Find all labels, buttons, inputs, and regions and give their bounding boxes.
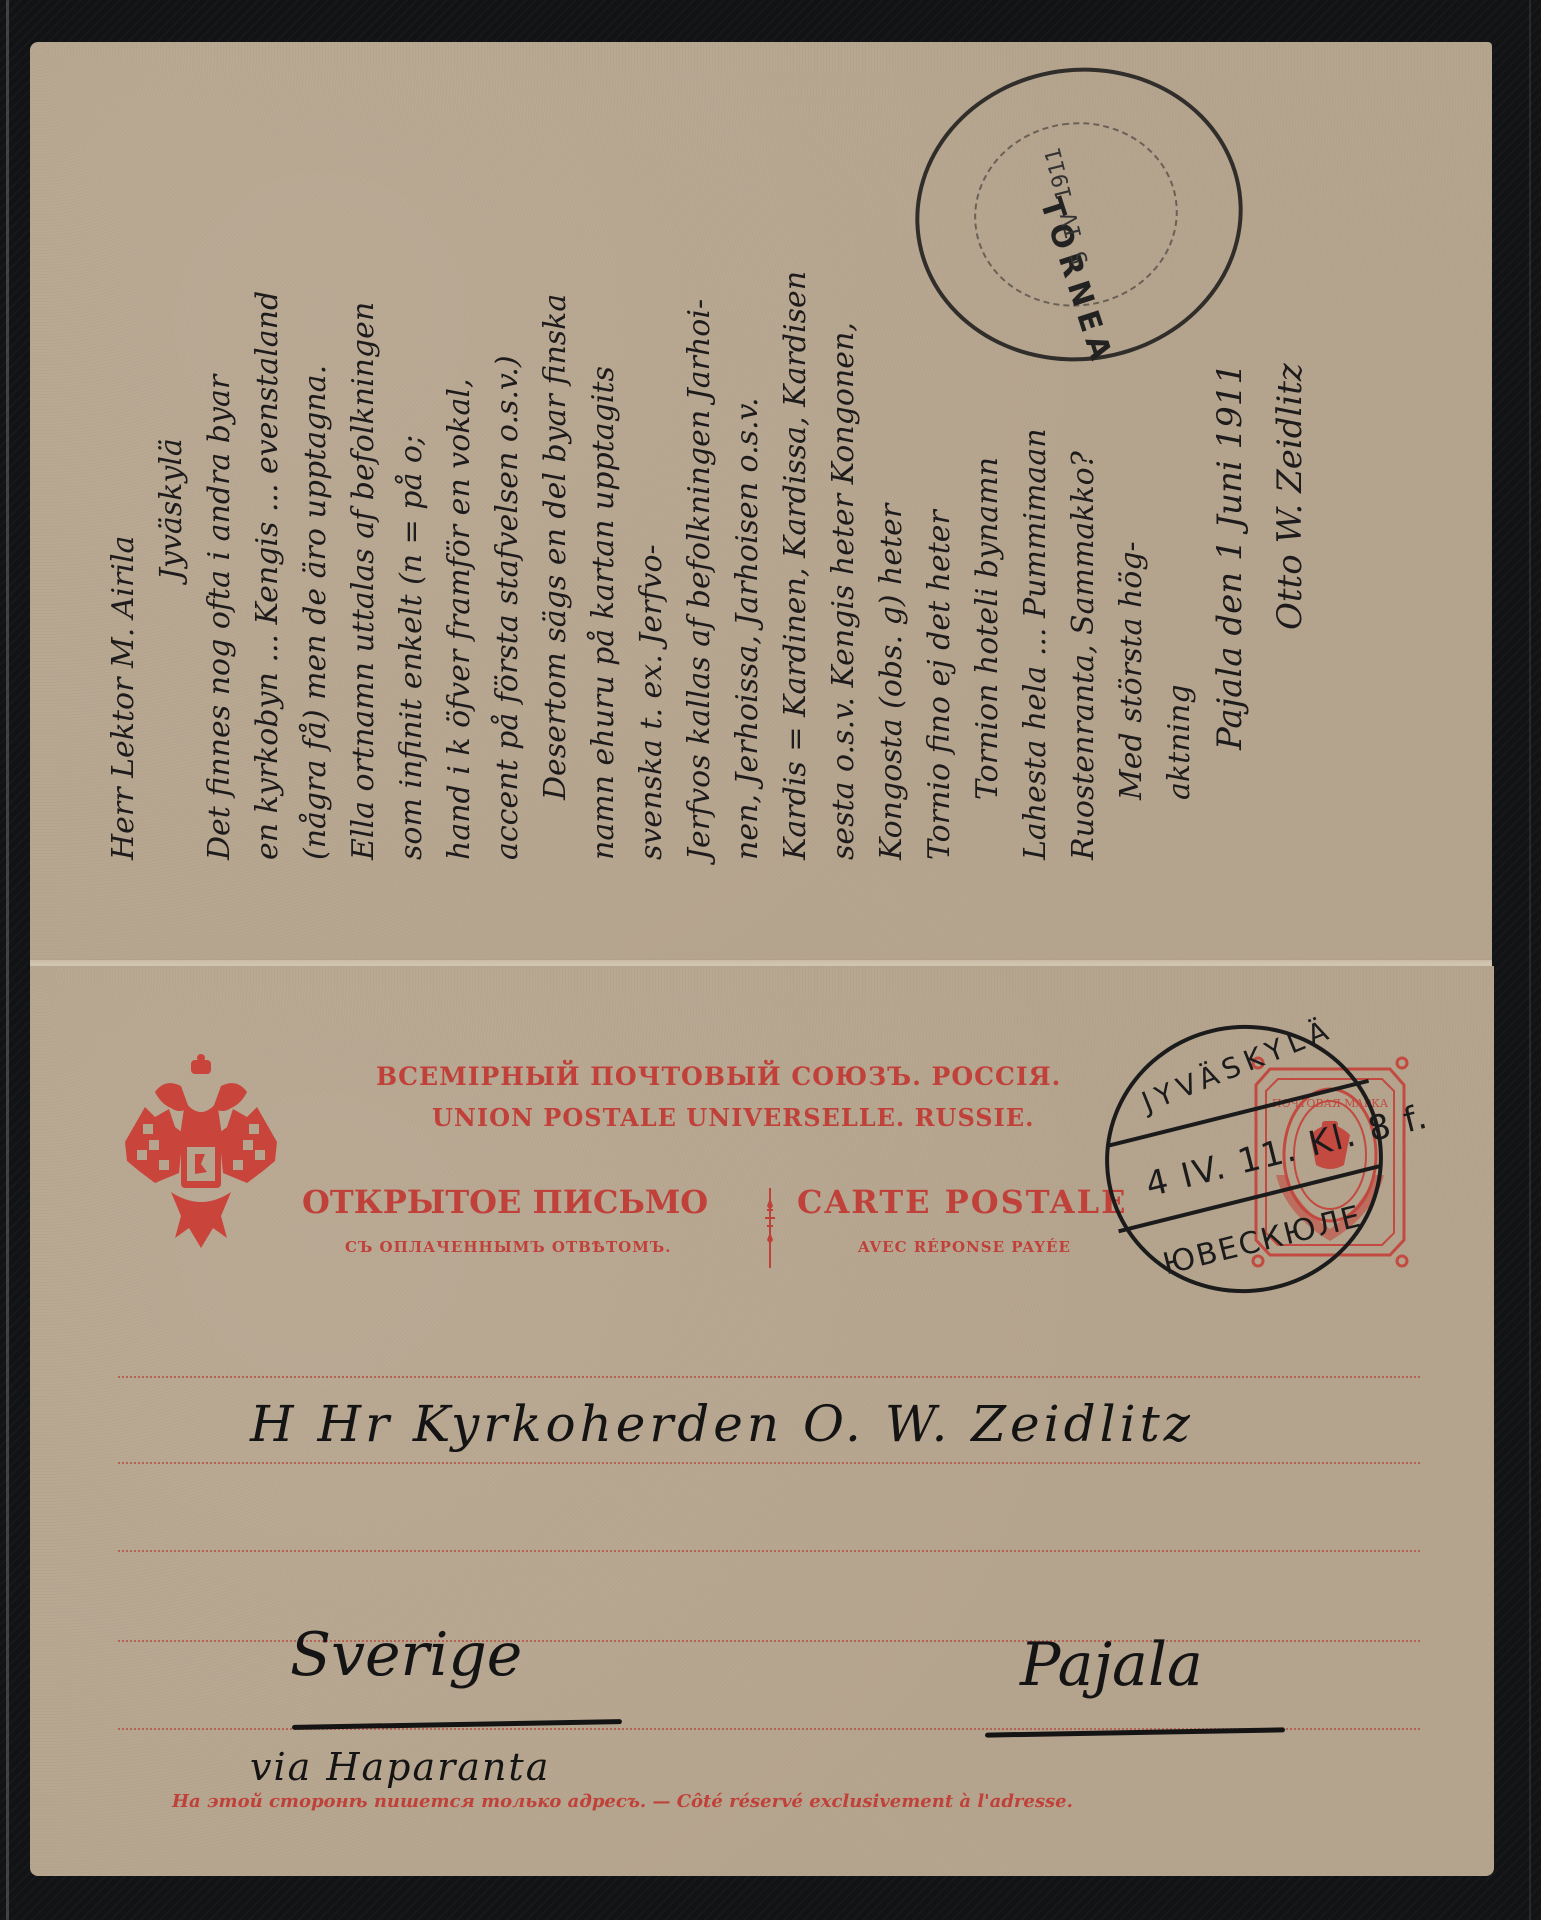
- message-line: Desertom sägs en del byar finska: [532, 80, 580, 860]
- ornamental-divider-icon: [763, 1188, 777, 1268]
- message-place: Jyväskylä: [148, 80, 196, 860]
- subtitle-russian: СЪ ОПЛАЧЕННЫМЪ ОТВѢТОМЪ.: [345, 1238, 671, 1256]
- address-line: [118, 1376, 1420, 1378]
- routing-note: via Haparanta: [250, 1745, 550, 1789]
- message-salutation: Herr Lektor M. Airila: [100, 80, 148, 860]
- double-headed-eagle-icon: [115, 1052, 287, 1250]
- recipient-name: H Hr Kyrkoherden O. W. Zeidlitz: [250, 1395, 1194, 1453]
- message-line: en kyrkobyn ... Kengis ... evenstaland: [244, 80, 292, 860]
- message-line: nen, Jerhoissa, Jarhoisen o.s.v.: [724, 80, 772, 860]
- subtitle-french: AVEC RÉPONSE PAYÉE: [858, 1238, 1071, 1256]
- address-line: [118, 1550, 1420, 1552]
- album-sleeve-edge: [6, 0, 9, 1920]
- message-line: (några få) men de äro upptagna.: [292, 80, 340, 860]
- recipient-city: Pajala: [1020, 1630, 1203, 1700]
- footer-notice: На этой сторонѣ пишется только адресъ. —…: [172, 1791, 1073, 1812]
- message-line: som infinit enkelt (n = på o;: [388, 80, 436, 860]
- message-line: Ella ortnamn uttalas af befolkningen: [340, 80, 388, 860]
- message-line: hand i k öfver framför en vokal,: [436, 80, 484, 860]
- signature: Otto W. Zeidlitz: [1260, 100, 1320, 750]
- message-line: Jerfvos kallas af befolkningen Jarhoi-: [676, 80, 724, 860]
- message-line: Kardis = Kardinen, Kardissa, Kardisen: [772, 80, 820, 860]
- header-french: UNION POSTALE UNIVERSELLE. RUSSIE.: [432, 1103, 1035, 1132]
- message-line: accent på första stafvelsen o.s.v.): [484, 80, 532, 860]
- header-russian: ВСЕМІРНЫЙ ПОЧТОВЫЙ СОЮЗЪ. РОССІЯ.: [376, 1062, 1061, 1091]
- title-russian: ОТКРЫТОЕ ПИСЬМО: [302, 1183, 708, 1221]
- message-line: Kongosta (obs. g) heter: [868, 80, 916, 860]
- message-line: svenska t. ex. Jerfvo-: [628, 80, 676, 860]
- message-line: sesta o.s.v. Kengis heter Kongonen,: [820, 80, 868, 860]
- message-line: namn ehuru på kartan upptagits: [580, 80, 628, 860]
- message-line: Det finnes nog ofta i andra byar: [196, 80, 244, 860]
- recipient-country: Sverige: [290, 1620, 522, 1690]
- address-line: [118, 1462, 1420, 1464]
- album-sleeve-edge-right: [1529, 0, 1531, 1920]
- title-french: CARTE POSTALE: [797, 1183, 1128, 1221]
